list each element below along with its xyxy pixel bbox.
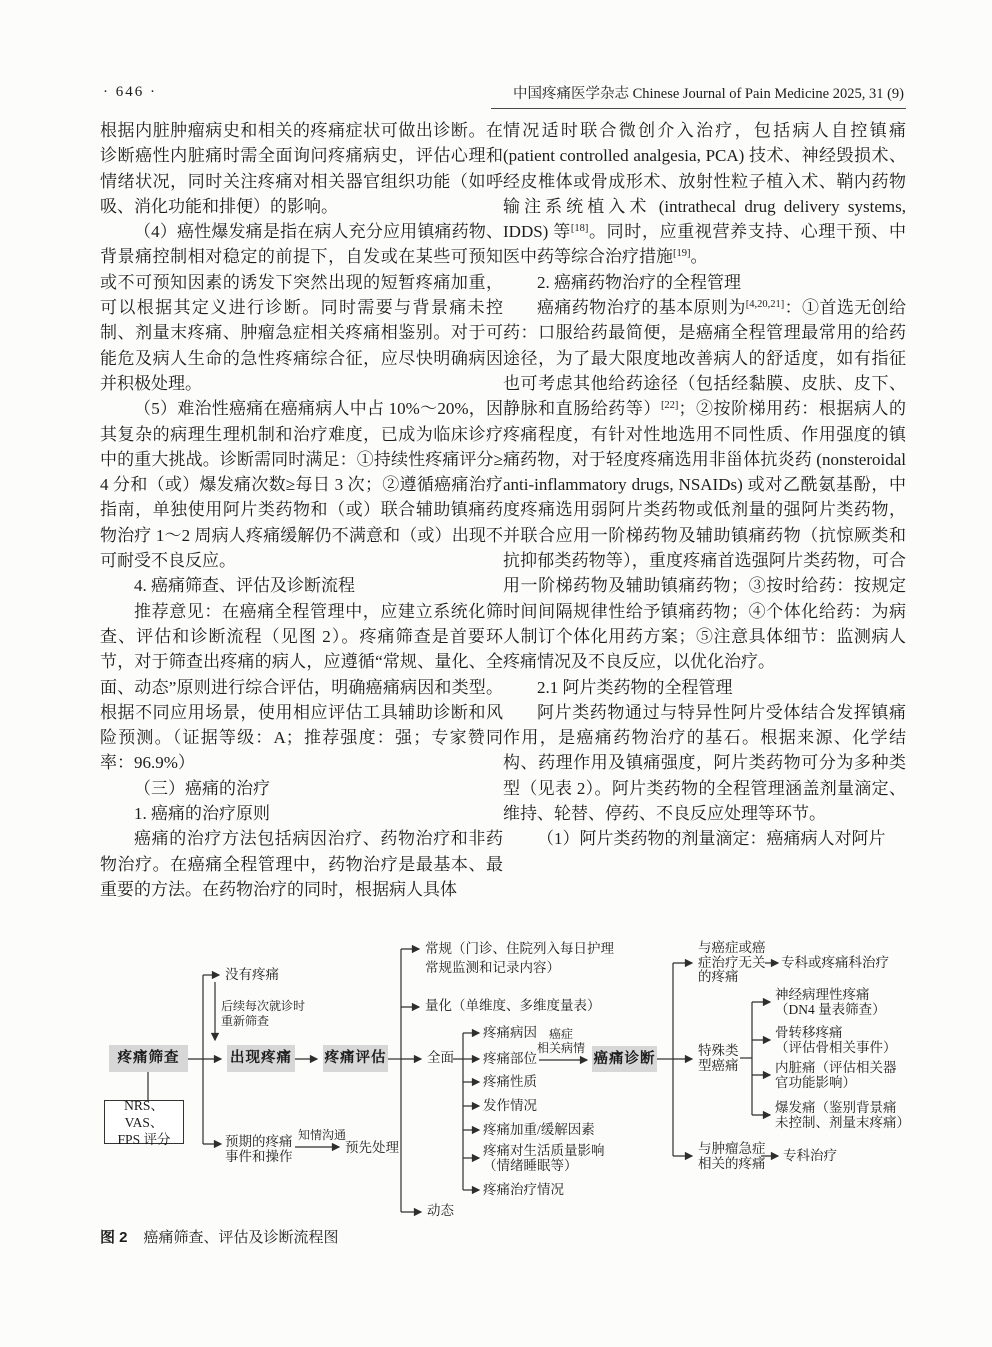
flow-node-tumor-emergency-pain: 与肿瘤急症 相关的疼痛 bbox=[698, 1142, 766, 1171]
flow-node-pain-screening: 疼痛筛查 bbox=[109, 1045, 188, 1072]
flow-node-neuropathic-pain: 神经病理性疼痛 （DN4 量表筛查） bbox=[775, 988, 886, 1017]
flow-node-pain-cause: 疼痛病因 bbox=[483, 1025, 537, 1040]
paragraph: （三）癌痛的治疗 bbox=[100, 776, 503, 801]
figure-2-flowchart: 疼痛筛查 NRS、VAS、 FPS 评分 没有疼痛 后续每次就诊时 重新筛查 出… bbox=[95, 925, 905, 1240]
flow-node-pre-handling: 预先处理 bbox=[345, 1140, 399, 1155]
flow-node-visceral-pain: 内脏痛（评估相关器 官功能影响） bbox=[775, 1061, 897, 1090]
flow-label-informed-communication: 知情沟通 bbox=[298, 1128, 346, 1143]
paragraph: 癌痛药物治疗的基本原则为[4,20,21]：①首选无创给药：口服给药最简便，是癌… bbox=[503, 295, 906, 674]
flow-node-quality-of-life: 疼痛对生活质量影响 （情绪睡眠等） bbox=[483, 1144, 605, 1173]
flow-node-pain-location: 疼痛部位 bbox=[483, 1051, 537, 1066]
figure-caption-label: 图 2 bbox=[100, 1229, 128, 1246]
flow-node-routine: 常规（门诊、住院列入每日护理 常规监测和记录内容） bbox=[425, 939, 614, 977]
page-number: · 646 · bbox=[103, 84, 157, 101]
flow-node-no-pain: 没有疼痛 bbox=[225, 967, 279, 982]
journal-page: · 646 · 中国疼痛医学杂志 Chinese Journal of Pain… bbox=[0, 0, 992, 1347]
flow-node-dynamic: 动态 bbox=[427, 1203, 454, 1218]
paragraph: （5）难治性癌痛在癌痛病人中占 10%～20%，因其复杂的病理生理机制和治疗难度… bbox=[100, 396, 503, 573]
flow-node-comprehensive: 全面 bbox=[427, 1050, 454, 1065]
flow-label-rescreen: 后续每次就诊时 重新筛查 bbox=[221, 999, 305, 1029]
flow-node-breakthrough-pain: 爆发痛（鉴别背景痛 未控制、剂量末疼痛） bbox=[775, 1101, 905, 1130]
flow-node-pain-present: 出现疼痛 bbox=[227, 1045, 295, 1072]
paragraph: 推荐意见：在癌痛全程管理中，应建立系统化筛查、评估和诊断流程（见图 2）。疼痛筛… bbox=[100, 599, 503, 776]
flow-node-cancer-pain-diagnosis: 癌痛诊断 bbox=[592, 1046, 657, 1072]
figure-caption-text: 癌痛筛查、评估及诊断流程图 bbox=[144, 1230, 339, 1246]
flow-node-pain-factors: 疼痛加重/缓解因素 bbox=[483, 1122, 595, 1137]
figure-caption: 图 2癌痛筛查、评估及诊断流程图 bbox=[100, 1226, 339, 1247]
flow-node-pain-episodes: 发作情况 bbox=[483, 1098, 537, 1113]
paragraph: （4）癌性爆发痛是指在病人充分应用镇痛药物、背景痛控制相对稳定的前提下，自发或在… bbox=[100, 219, 503, 396]
paragraph: 根据内脏肿瘤病史和相关的疼痛症状可做出诊断。在诊断癌性内脏痛时需全面询问疼痛病史… bbox=[100, 118, 503, 219]
flow-node-pain-unrelated-to-cancer: 与癌症或癌 症治疗无关 的疼痛 bbox=[698, 941, 766, 985]
paragraph: （1）阿片类药物的剂量滴定：癌痛病人对阿片 bbox=[503, 826, 906, 851]
flow-node-pain-quality: 疼痛性质 bbox=[483, 1074, 537, 1089]
journal-header: 中国疼痛医学杂志 Chinese Journal of Pain Medicin… bbox=[491, 82, 906, 109]
flow-node-special-type-cancer-pain: 特殊类 型癌痛 bbox=[698, 1044, 739, 1073]
paragraph: 阿片类药物通过与特异性阿片受体结合发挥镇痛作用，是癌痛药物治疗的基石。根据来源、… bbox=[503, 700, 906, 826]
flow-node-specialist-treatment: 专科治疗 bbox=[783, 1148, 837, 1163]
paragraph: 4. 癌痛筛查、评估及诊断流程 bbox=[100, 573, 503, 598]
paragraph: 1. 癌痛的治疗原则 bbox=[100, 801, 503, 826]
flow-node-pain-assessment: 疼痛评估 bbox=[323, 1045, 388, 1072]
right-text-column: 情况适时联合微创介入治疗，包括病人自控镇痛 (patient controlle… bbox=[503, 118, 906, 852]
left-text-column: 根据内脏肿瘤病史和相关的疼痛症状可做出诊断。在诊断癌性内脏痛时需全面询问疼痛病史… bbox=[100, 118, 503, 902]
flow-node-bone-metastasis-pain: 骨转移疼痛 （评估骨相关事件） bbox=[775, 1026, 897, 1055]
paragraph: 2. 癌痛药物治疗的全程管理 bbox=[503, 270, 906, 295]
flow-node-score-scales: NRS、VAS、 FPS 评分 bbox=[104, 1100, 184, 1144]
flow-node-quantify: 量化（单维度、多维度量表） bbox=[425, 998, 601, 1013]
flow-node-treatment-history: 疼痛治疗情况 bbox=[483, 1182, 564, 1197]
paragraph: 癌痛的治疗方法包括病因治疗、药物治疗和非药物治疗。在癌痛全程管理中，药物治疗是最… bbox=[100, 826, 503, 902]
paragraph: 2.1 阿片类药物的全程管理 bbox=[503, 675, 906, 700]
paragraph: 情况适时联合微创介入治疗，包括病人自控镇痛 (patient controlle… bbox=[503, 118, 906, 270]
flow-node-expected-pain-events: 预期的疼痛 事件和操作 bbox=[225, 1134, 293, 1164]
flow-node-specialist-or-pain-clinic: 专科或疼痛科治疗 bbox=[781, 955, 889, 970]
flow-label-cancer-related-condition: 癌症 相关病情 bbox=[533, 1027, 589, 1055]
